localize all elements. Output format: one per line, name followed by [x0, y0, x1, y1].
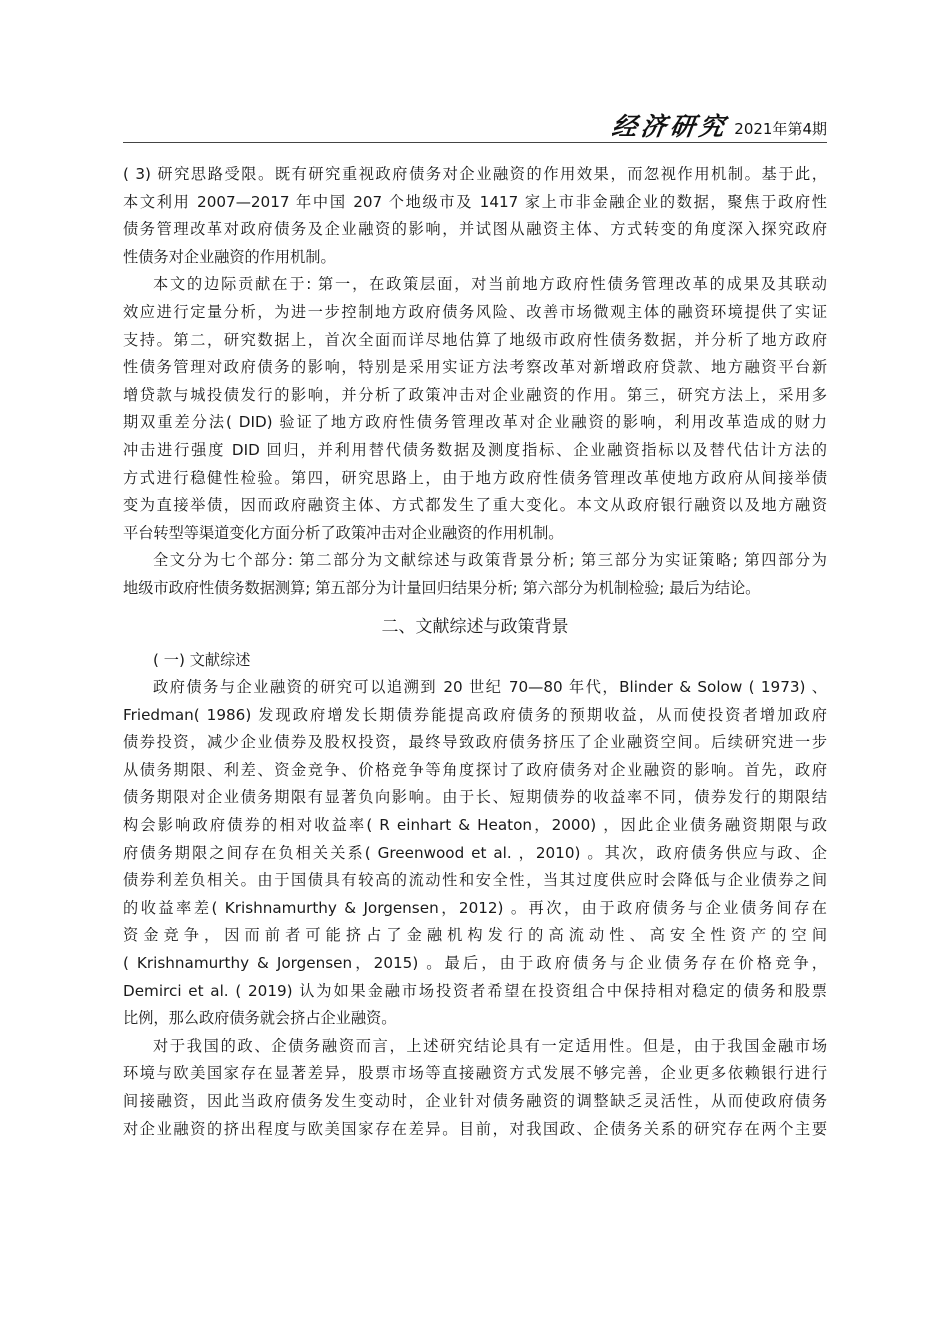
text-line: 本文利用 2007—2017 年中国 207 个地级市及 1417 家上市非金融… [123, 189, 827, 217]
paragraph: 本文的边际贡献在于: 第一，在政策层面，对当前地方政府性债务管理改革的成果及其联… [123, 271, 827, 547]
paragraph: 全文分为七个部分: 第二部分为文献综述与政策背景分析; 第三部分为实证策略; 第… [123, 547, 827, 602]
literature-paragraphs: 政府债务与企业融资的研究可以追溯到 20 世纪 70—80 年代，Blinder… [123, 674, 827, 1143]
text-line: 冲击进行强度 DID 回归，并利用替代债务数据及测度指标、企业融资指标以及替代估… [123, 437, 827, 465]
line-text: ( Krishnamurthy & Jorgensen，2015) 。最后，由于… [123, 950, 827, 978]
running-header: 经济研究 2021年第4期 [123, 108, 827, 142]
line-text: 性债务管理对政府债务的影响，特别是采用实证方法考察改革对新增政府贷款、地方融资平… [123, 354, 827, 382]
text-line: 性债务管理对政府债务的影响，特别是采用实证方法考察改革对新增政府贷款、地方融资平… [123, 354, 827, 382]
text-line: 全文分为七个部分: 第二部分为文献综述与政策背景分析; 第三部分为实证策略; 第… [123, 547, 827, 575]
line-text: 构会影响政府债券的相对收益率( R einhart & Heaton，2000)… [123, 812, 827, 840]
text-line: 对企业融资的挤出程度与欧美国家存在差异。目前，对我国政、企债务关系的研究存在两个… [123, 1116, 827, 1144]
line-text: 期双重差分法( DID) 验证了地方政府性债务管理改革对企业融资的影响，利用改革… [123, 409, 827, 437]
line-text: 债务期限对企业债务期限有显著负向影响。由于长、短期债券的收益率不同，债券发行的期… [123, 784, 827, 812]
text-line: 支持。第二，研究数据上，首次全面而详尽地估算了地级市政府性债务数据，并分析了地方… [123, 327, 827, 355]
text-line: 资金竞争，因而前者可能挤占了金融机构发行的高流动性、高安全性资产的空间 [123, 922, 827, 950]
line-text: 债券利差负相关。由于国债具有较高的流动性和安全性，当其过度供应时会降低与企业债券… [123, 867, 827, 895]
paragraph: ( 3) 研究思路受限。既有研究重视政府债务对企业融资的作用效果，而忽视作用机制… [123, 161, 827, 271]
line-text: 变为直接举债，因而政府融资主体、方式都发生了重大变化。本文从政府银行融资以及地方… [123, 492, 827, 520]
header-rule [123, 142, 827, 143]
text-line: 性债务对企业融资的作用机制。 [123, 244, 827, 272]
line-text: ( 3) 研究思路受限。既有研究重视政府债务对企业融资的作用效果，而忽视作用机制… [123, 161, 827, 189]
line-text: 对于我国的政、企债务融资而言，上述研究结论具有一定适用性。但是，由于我国金融市场 [153, 1033, 827, 1061]
line-text: Friedman( 1986) 发现政府增发长期债券能提高政府债务的预期收益，从… [123, 702, 827, 730]
line-text: 对企业融资的挤出程度与欧美国家存在差异。目前，对我国政、企债务关系的研究存在两个… [123, 1116, 827, 1144]
line-text: 间接融资，因此当政府债务发生变动时，企业针对债务融资的调整缺乏灵活性，从而使政府… [123, 1088, 827, 1116]
line-text: 比例，那么政府债务就会挤占企业融资。 [123, 1005, 827, 1033]
text-line: 的收益率差( Krishnamurthy & Jorgensen，2012) 。… [123, 895, 827, 923]
line-text: 平台转型等渠道变化方面分析了政策冲击对企业融资的作用机制。 [123, 520, 827, 548]
paragraph: 政府债务与企业融资的研究可以追溯到 20 世纪 70—80 年代，Blinder… [123, 674, 827, 1033]
line-text: 政府债务与企业融资的研究可以追溯到 20 世纪 70—80 年代，Blinder… [153, 674, 827, 702]
text-line: 本文的边际贡献在于: 第一，在政策层面，对当前地方政府性债务管理改革的成果及其联… [123, 271, 827, 299]
text-line: 增贷款与城投债发行的影响，并分析了政策冲击对企业融资的作用。第三，研究方法上，采… [123, 382, 827, 410]
issue-label: 2021年第4期 [734, 118, 827, 140]
text-line: 政府债务与企业融资的研究可以追溯到 20 世纪 70—80 年代，Blinder… [123, 674, 827, 702]
line-text: 冲击进行强度 DID 回归，并利用替代债务数据及测度指标、企业融资指标以及替代估… [123, 437, 827, 465]
paragraph: 对于我国的政、企债务融资而言，上述研究结论具有一定适用性。但是，由于我国金融市场… [123, 1033, 827, 1143]
line-text: Demirci et al. ( 2019) 认为如果金融市场投资者希望在投资组… [123, 978, 827, 1006]
line-text: 性债务对企业融资的作用机制。 [123, 244, 827, 272]
line-text: 的收益率差( Krishnamurthy & Jorgensen，2012) 。… [123, 895, 827, 923]
text-line: 构会影响政府债券的相对收益率( R einhart & Heaton，2000)… [123, 812, 827, 840]
line-text: 本文的边际贡献在于: 第一，在政策层面，对当前地方政府性债务管理改革的成果及其联… [153, 271, 827, 299]
text-line: ( Krishnamurthy & Jorgensen，2015) 。最后，由于… [123, 950, 827, 978]
section-heading: 二、文献综述与政策背景 [123, 607, 827, 647]
intro-paragraphs: ( 3) 研究思路受限。既有研究重视政府债务对企业融资的作用效果，而忽视作用机制… [123, 161, 827, 603]
text-line: 债务管理改革对政府债务及企业融资的影响，并试图从融资主体、方式转变的角度深入探究… [123, 216, 827, 244]
line-text: 增贷款与城投债发行的影响，并分析了政策冲击对企业融资的作用。第三，研究方法上，采… [123, 382, 827, 410]
text-line: ( 3) 研究思路受限。既有研究重视政府债务对企业融资的作用效果，而忽视作用机制… [123, 161, 827, 189]
line-text: 资金竞争，因而前者可能挤占了金融机构发行的高流动性、高安全性资产的空间 [123, 922, 827, 950]
line-text: 从债务期限、利差、资金竞争、价格竞争等角度探讨了政府债务对企业融资的影响。首先，… [123, 757, 827, 785]
line-text: 债券投资，减少企业债券及股权投资，最终导致政府债务挤压了企业融资空间。后续研究进… [123, 729, 827, 757]
line-text: 方式进行稳健性检验。第四，研究思路上，由于地方政府性债务管理改革使地方政府从间接… [123, 465, 827, 493]
text-line: 间接融资，因此当政府债务发生变动时，企业针对债务融资的调整缺乏灵活性，从而使政府… [123, 1088, 827, 1116]
text-line: 对于我国的政、企债务融资而言，上述研究结论具有一定适用性。但是，由于我国金融市场 [123, 1033, 827, 1061]
text-line: 债券投资，减少企业债券及股权投资，最终导致政府债务挤压了企业融资空间。后续研究进… [123, 729, 827, 757]
line-text: 地级市政府性债务数据测算; 第五部分为计量回归结果分析; 第六部分为机制检验; … [123, 575, 827, 603]
line-text: 支持。第二，研究数据上，首次全面而详尽地估算了地级市政府性债务数据，并分析了地方… [123, 327, 827, 355]
text-line: 环境与欧美国家存在显著差异，股票市场等直接融资方式发展不够完善，企业更多依赖银行… [123, 1060, 827, 1088]
text-line: 府债务期限之间存在负相关关系( Greenwood et al. ，2010) … [123, 840, 827, 868]
text-line: 比例，那么政府债务就会挤占企业融资。 [123, 1005, 827, 1033]
text-line: Demirci et al. ( 2019) 认为如果金融市场投资者希望在投资组… [123, 978, 827, 1006]
text-line: 变为直接举债，因而政府融资主体、方式都发生了重大变化。本文从政府银行融资以及地方… [123, 492, 827, 520]
text-line: 期双重差分法( DID) 验证了地方政府性债务管理改革对企业融资的影响，利用改革… [123, 409, 827, 437]
text-line: 方式进行稳健性检验。第四，研究思路上，由于地方政府性债务管理改革使地方政府从间接… [123, 465, 827, 493]
line-text: 环境与欧美国家存在显著差异，股票市场等直接融资方式发展不够完善，企业更多依赖银行… [123, 1060, 827, 1088]
text-line: Friedman( 1986) 发现政府增发长期债券能提高政府债务的预期收益，从… [123, 702, 827, 730]
text-line: 从债务期限、利差、资金竞争、价格竞争等角度探讨了政府债务对企业融资的影响。首先，… [123, 757, 827, 785]
text-line: 效应进行定量分析，为进一步控制地方政府债务风险、改善市场微观主体的融资环境提供了… [123, 299, 827, 327]
text-line: 地级市政府性债务数据测算; 第五部分为计量回归结果分析; 第六部分为机制检验; … [123, 575, 827, 603]
line-text: 本文利用 2007—2017 年中国 207 个地级市及 1417 家上市非金融… [123, 189, 827, 217]
line-text: 债务管理改革对政府债务及企业融资的影响，并试图从融资主体、方式转变的角度深入探究… [123, 216, 827, 244]
line-text: 效应进行定量分析，为进一步控制地方政府债务风险、改善市场微观主体的融资环境提供了… [123, 299, 827, 327]
text-line: 债务期限对企业债务期限有显著负向影响。由于长、短期债券的收益率不同，债券发行的期… [123, 784, 827, 812]
text-line: 平台转型等渠道变化方面分析了政策冲击对企业融资的作用机制。 [123, 520, 827, 548]
subsection-heading: ( 一) 文献综述 [123, 647, 827, 675]
journal-logo: 经济研究 [610, 112, 730, 142]
line-text: 全文分为七个部分: 第二部分为文献综述与政策背景分析; 第三部分为实证策略; 第… [153, 547, 827, 575]
page-body: ( 3) 研究思路受限。既有研究重视政府债务对企业融资的作用效果，而忽视作用机制… [123, 161, 827, 1143]
text-line: 债券利差负相关。由于国债具有较高的流动性和安全性，当其过度供应时会降低与企业债券… [123, 867, 827, 895]
line-text: 府债务期限之间存在负相关关系( Greenwood et al. ，2010) … [123, 840, 827, 868]
